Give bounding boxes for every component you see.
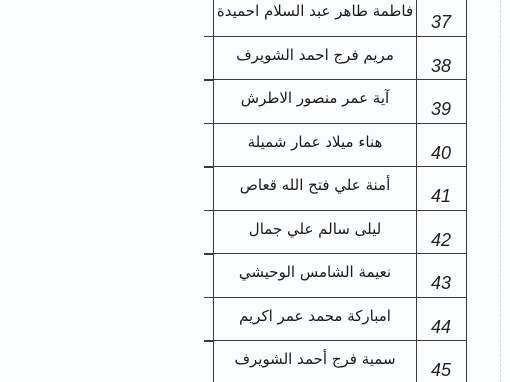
table-row: هناء ميلاد عمار شميلة 40 [214, 124, 466, 168]
table-row: مريم فرج احمد الشويرف 38 [214, 37, 466, 81]
table-row: فاطمة طاهر عبد السلام احميدة 37 [214, 0, 466, 37]
number-cell: 37 [417, 0, 465, 36]
number-cell: 38 [417, 37, 465, 80]
name-cell: أمنة علي فتح الله قعاص [214, 167, 417, 210]
table-row: سمية فرج أحمد الشويرف 45 [214, 341, 466, 382]
table-row: ليلى سالم علي جمال 42 [214, 211, 466, 255]
table-row: أمنة علي فتح الله قعاص 41 [214, 167, 466, 211]
number-cell: 39 [417, 80, 465, 123]
name-cell: ليلى سالم علي جمال [214, 211, 417, 254]
name-cell: فاطمة طاهر عبد السلام احميدة [214, 0, 417, 36]
margin-line [500, 0, 501, 382]
number-cell: 43 [417, 254, 465, 297]
number-cell: 41 [417, 167, 465, 210]
table-row: نعيمة الشامس الوحيشي 43 [214, 254, 466, 298]
name-cell: آية عمر منصور الاطرش [214, 80, 417, 123]
name-cell: مريم فرج احمد الشويرف [214, 37, 417, 80]
names-table: فاطمة طاهر عبد السلام احميدة 37 مريم فرج… [213, 0, 467, 382]
number-cell: 45 [417, 341, 465, 382]
table-row: امباركة محمد عمر اكريم 44 [214, 298, 466, 342]
name-cell: نعيمة الشامس الوحيشي [214, 254, 417, 297]
table-row: آية عمر منصور الاطرش 39 [214, 80, 466, 124]
number-cell: 44 [417, 298, 465, 341]
name-cell: هناء ميلاد عمار شميلة [214, 124, 417, 167]
number-cell: 40 [417, 124, 465, 167]
name-cell: امباركة محمد عمر اكريم [214, 298, 417, 341]
number-cell: 42 [417, 211, 465, 254]
name-cell: سمية فرج أحمد الشويرف [214, 341, 417, 382]
scanned-page: فاطمة طاهر عبد السلام احميدة 37 مريم فرج… [0, 0, 510, 382]
